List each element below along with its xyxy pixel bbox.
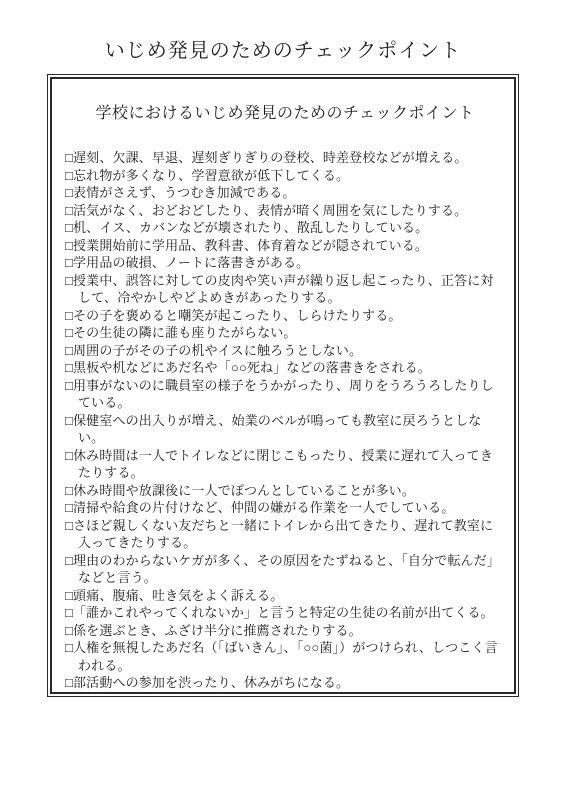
checklist-item-text: 用事がないのに職員室の様子をうかがったり、周りをうろうろしたりしている。 xyxy=(73,378,494,411)
checkbox-icon: □ xyxy=(65,640,73,655)
checkbox-icon: □ xyxy=(65,378,73,393)
checklist-item: □人権を無視したあだ名（「ばいきん」、「○○菌」）がつけられ、しつこく言われる。 xyxy=(65,639,505,674)
checklist-item-text: 理由のわからないケガが多く、その原因をたずねると、「自分で転んだ」などと言う。 xyxy=(73,553,500,586)
checklist-item: □休み時間や放課後に一人でぽつんとしていることが多い。 xyxy=(65,482,505,500)
checkbox-icon: □ xyxy=(65,273,73,288)
checkbox-icon: □ xyxy=(65,343,73,358)
checklist-item-text: 頭痛、腹痛、吐き気をよく訴える。 xyxy=(73,588,283,603)
checklist-item-text: 部活動への参加を渋ったり、休みがちになる。 xyxy=(73,675,349,690)
checklist-item: □部活動への参加を渋ったり、休みがちになる。 xyxy=(65,674,505,692)
checklist-item: □机、イス、カバンなどが壊されたり、散乱したりしている。 xyxy=(65,219,505,237)
checklist-item: □黒板や机などにあだ名や「○○死ね」などの落書きをされる。 xyxy=(65,359,505,377)
checklist-item-text: 机、イス、カバンなどが壊されたり、散乱したりしている。 xyxy=(73,220,428,235)
checklist-item-text: 黒板や机などにあだ名や「○○死ね」などの落書きをされる。 xyxy=(73,360,431,375)
checkbox-icon: □ xyxy=(65,675,73,690)
checklist-item-text: その生徒の隣に誰も座りたがらない。 xyxy=(73,325,297,340)
checklist-item-text: 人権を無視したあだ名（「ばいきん」、「○○菌」）がつけられ、しつこく言われる。 xyxy=(73,640,498,673)
checkbox-icon: □ xyxy=(65,413,73,428)
checklist-item: □授業中、誤答に対しての皮肉や笑い声が繰り返し起こったり、正答に対して、冷やかし… xyxy=(65,272,505,307)
box-title: 学校におけるいじめ発見のためのチェックポイント xyxy=(65,103,505,125)
checkbox-icon: □ xyxy=(65,588,73,603)
checklist-item: □忘れ物が多くなり、学習意欲が低下してくる。 xyxy=(65,167,505,185)
checklist-item: □用事がないのに職員室の様子をうかがったり、周りをうろうろしたりしている。 xyxy=(65,377,505,412)
checklist-item-text: 活気がなく、おどおどしたり、表情が暗く周囲を気にしたりする。 xyxy=(73,203,467,218)
checklist-item: □学用品の破損、ノートに落書きがある。 xyxy=(65,254,505,272)
checklist-item: □さほど親しくない友だちと一緒にトイレから出てきたり、遅れて教室に入ってきたりす… xyxy=(65,517,505,552)
checklist-item: □授業開始前に学用品、教科書、体育着などが隠されている。 xyxy=(65,237,505,255)
checklist-item: □係を選ぶとき、ふざけ半分に推薦されたりする。 xyxy=(65,622,505,640)
checkbox-icon: □ xyxy=(65,168,73,183)
checkbox-icon: □ xyxy=(65,623,73,638)
checklist-item: □清掃や給食の片付けなど、仲間の嫌がる作業を一人でしている。 xyxy=(65,499,505,517)
checklist-item-text: 係を選ぶとき、ふざけ半分に推薦されたりする。 xyxy=(73,623,362,638)
checklist-item: □遅刻、欠課、早退、遅刻ぎりぎりの登校、時差登校などが増える。 xyxy=(65,149,505,167)
checkbox-icon: □ xyxy=(65,693,73,695)
checkbox-icon: □ xyxy=(65,150,73,165)
checklist-item: □「誰かこれやってくれないか」と言うと特定の生徒の名前が出てくる。 xyxy=(65,604,505,622)
checklist-item-text: 学用品の破損、ノートに落書きがある。 xyxy=(73,255,309,270)
checklist-item: □周囲の子がその子の机やイスに触ろうとしない。 xyxy=(65,342,505,360)
checklist-item-text: 周囲の子がその子の机やイスに触ろうとしない。 xyxy=(73,343,362,358)
checkbox-icon: □ xyxy=(65,605,73,620)
checklist-item-text: 授業開始前に学用品、教科書、体育着などが隠されている。 xyxy=(73,238,428,253)
checkbox-icon: □ xyxy=(65,203,73,218)
checklist-item-text: 休み時間や放課後に一人でぽつんとしていることが多い。 xyxy=(73,483,415,498)
checkbox-icon: □ xyxy=(65,483,73,498)
checklist-item: □保健室への出入りが増え、始業のベルが鳴っても教室に戻ろうとしない。 xyxy=(65,412,505,447)
checklist-item-text: 表情がさえず、うつむき加減である。 xyxy=(73,185,296,200)
checklist-item: □理由のわからないケガが多く、その原因をたずねると、「自分で転んだ」などと言う。 xyxy=(65,552,505,587)
checklist-item: □その子を褒めると嘲笑が起こったり、しらけたりする。 xyxy=(65,307,505,325)
checklist-item: □活気がなく、おどおどしたり、表情が暗く周囲を気にしたりする。 xyxy=(65,202,505,220)
checkbox-icon: □ xyxy=(65,255,73,270)
checklist-item-text: 遅刻、欠課、早退、遅刻ぎりぎりの登校、時差登校などが増える。 xyxy=(73,150,468,165)
checklist-item: □日記、作文、絵画などに気にかかる表現や描写が現れる。 xyxy=(65,692,505,695)
checklist-item-text: 「誰かこれやってくれないか」と言うと特定の生徒の名前が出てくる。 xyxy=(73,605,494,620)
checklist-item: □その生徒の隣に誰も座りたがらない。 xyxy=(65,324,505,342)
checklist-item: □頭痛、腹痛、吐き気をよく訴える。 xyxy=(65,587,505,605)
checklist-box-outer-border: 学校におけるいじめ発見のためのチェックポイント □遅刻、欠課、早退、遅刻ぎりぎり… xyxy=(47,74,519,697)
checkbox-icon: □ xyxy=(65,238,73,253)
checklist-item-text: その子を褒めると嘲笑が起こったり、しらけたりする。 xyxy=(73,308,402,323)
checkbox-icon: □ xyxy=(65,500,73,515)
checklist-item-text: 忘れ物が多くなり、学習意欲が低下してくる。 xyxy=(73,168,349,183)
checklist-item-text: 日記、作文、絵画などに気にかかる表現や描写が現れる。 xyxy=(73,693,415,695)
checklist-item: □表情がさえず、うつむき加減である。 xyxy=(65,184,505,202)
checkbox-icon: □ xyxy=(65,220,73,235)
checklist-item: □休み時間は一人でトイレなどに閉じこもったり、授業に遅れて入ってきたりする。 xyxy=(65,447,505,482)
page-title: いじめ発見のためのチェックポイント xyxy=(0,38,566,64)
checkbox-icon: □ xyxy=(65,325,73,340)
document-page: { "page": { "title": "いじめ発見のためのチェックポイント"… xyxy=(0,0,566,800)
checkbox-icon: □ xyxy=(65,518,73,533)
checklist-item-text: 休み時間は一人でトイレなどに閉じこもったり、授業に遅れて入ってきたりする。 xyxy=(73,448,493,481)
checkbox-icon: □ xyxy=(65,185,73,200)
checkbox-icon: □ xyxy=(65,448,73,463)
checklist-box: 学校におけるいじめ発見のためのチェックポイント □遅刻、欠課、早退、遅刻ぎりぎり… xyxy=(50,77,516,694)
checklist-item-text: さほど親しくない友だちと一緒にトイレから出てきたり、遅れて教室に入ってきたりする… xyxy=(73,518,493,551)
checklist-item-text: 保健室への出入りが増え、始業のベルが鳴っても教室に戻ろうとしない。 xyxy=(73,413,481,446)
checklist-item-text: 授業中、誤答に対しての皮肉や笑い声が繰り返し起こったり、正答に対して、冷やかしや… xyxy=(73,273,494,306)
checkbox-icon: □ xyxy=(65,553,73,568)
checklist-item-text: 清掃や給食の片付けなど、仲間の嫌がる作業を一人でしている。 xyxy=(73,500,454,515)
checkbox-icon: □ xyxy=(65,308,73,323)
checkbox-icon: □ xyxy=(65,360,73,375)
checklist: □遅刻、欠課、早退、遅刻ぎりぎりの登校、時差登校などが増える。□忘れ物が多くなり… xyxy=(65,149,505,694)
